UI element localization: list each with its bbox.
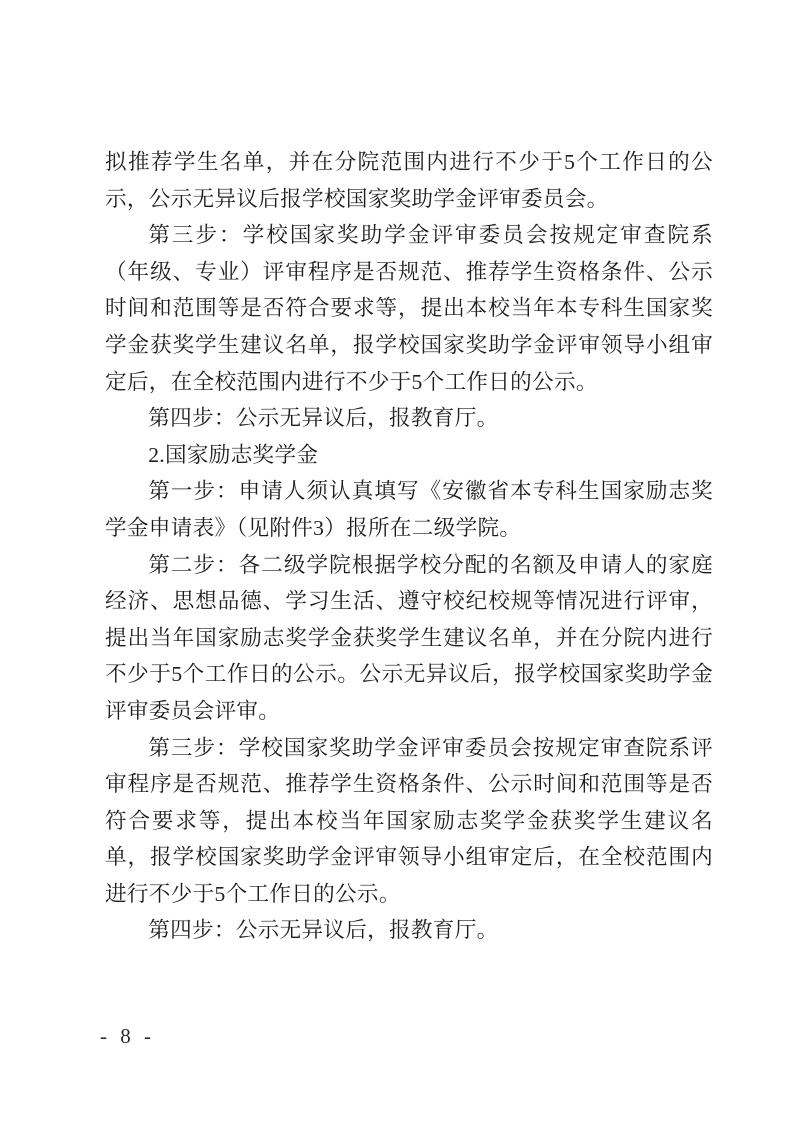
- paragraph-step-4-national-scholarship: 第四步：公示无异议后，报教育厅。: [105, 400, 713, 437]
- document-body: 拟推荐学生名单，并在分院范围内进行不少于5个工作日的公示，公示无异议后报学校国家…: [105, 144, 713, 949]
- paragraph-step-1-endeavor: 第一步：申请人须认真填写《安徽省本专科生国家励志奖学金申请表》（见附件3）报所在…: [105, 473, 713, 546]
- document-page: 拟推荐学生名单，并在分院范围内进行不少于5个工作日的公示，公示无异议后报学校国家…: [0, 0, 793, 1122]
- paragraph-step-3-endeavor: 第三步：学校国家奖助学金评审委员会按规定审查院系评审程序是否规范、推荐学生资格条…: [105, 730, 713, 913]
- paragraph-step-2-endeavor: 第二步：各二级学院根据学校分配的名额及申请人的家庭经济、思想品德、学习生活、遵守…: [105, 547, 713, 730]
- paragraph-step-4-endeavor: 第四步：公示无异议后，报教育厅。: [105, 912, 713, 949]
- page-number: - 8 -: [100, 1024, 155, 1049]
- section-heading-national-endeavor-scholarship: 2.国家励志奖学金: [105, 437, 713, 474]
- paragraph-step-3-national-scholarship: 第三步：学校国家奖助学金评审委员会按规定审查院系（年级、专业）评审程序是否规范、…: [105, 217, 713, 400]
- paragraph-continuation: 拟推荐学生名单，并在分院范围内进行不少于5个工作日的公示，公示无异议后报学校国家…: [105, 144, 713, 217]
